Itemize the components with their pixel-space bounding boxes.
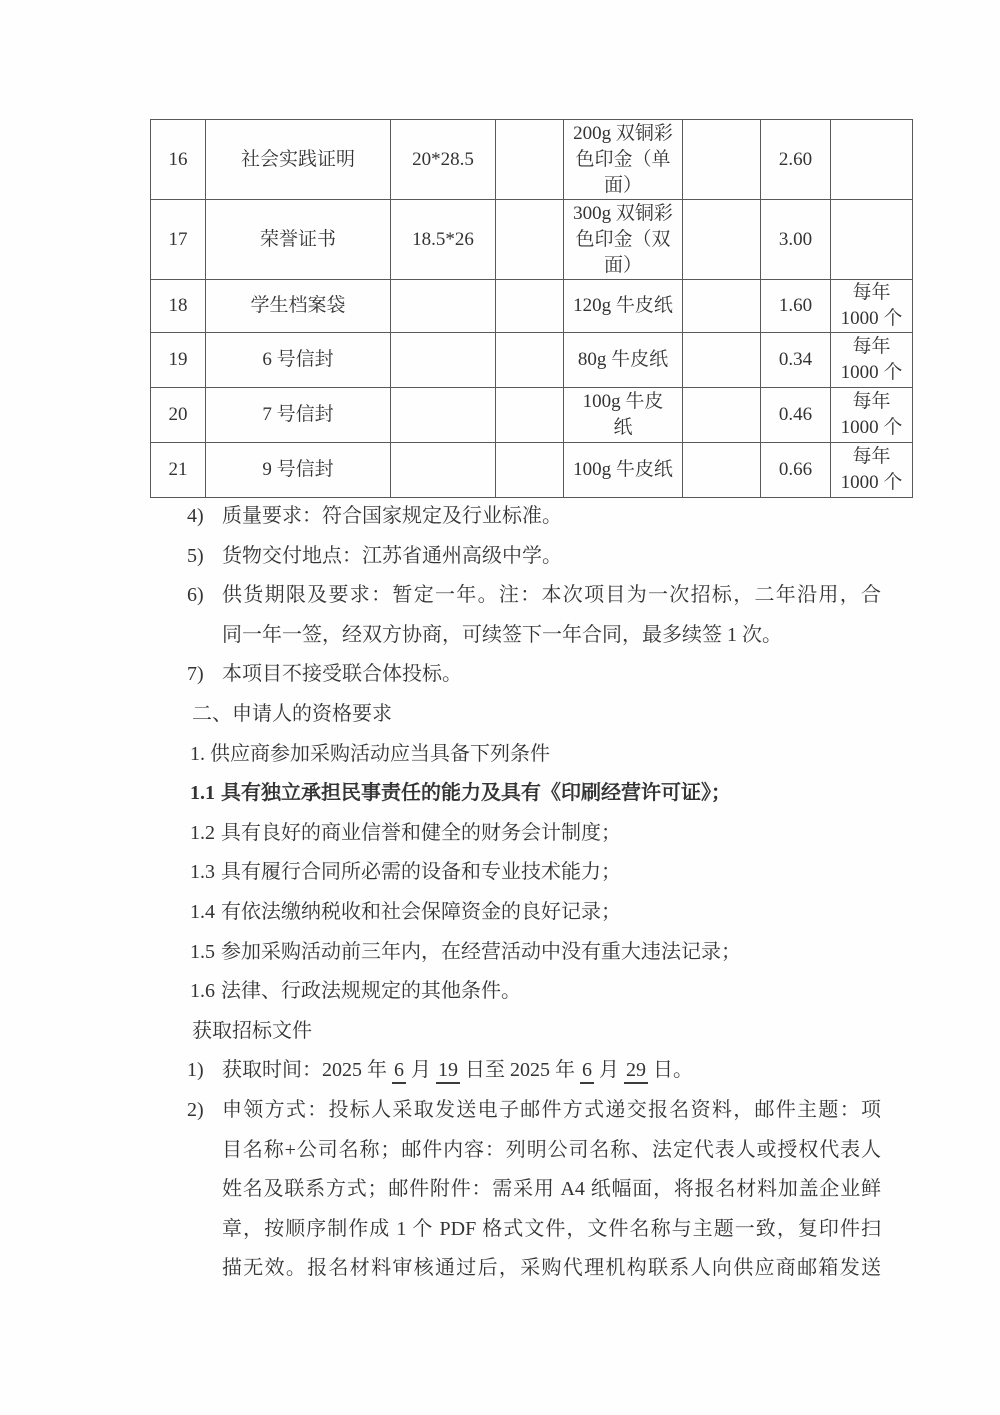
cell-material: 100g 牛皮纸 [564, 443, 683, 498]
cell-price: 0.34 [761, 333, 831, 388]
apply-method-item: 2) 申领方式：投标人采取发送电子邮件方式递交报名资料，邮件主题：项 目名称+公… [0, 1091, 1000, 1289]
cell-spec [391, 443, 496, 498]
table-row: 16 社会实践证明 20*28.5 200g 双铜彩 色印金（单 面） 2.60 [151, 120, 913, 200]
item-text: 质量要求：符合国家规定及行业标准。 [222, 497, 881, 537]
item-number: 6) [187, 576, 204, 616]
cell-material: 300g 双铜彩 色印金（双 面） [564, 200, 683, 280]
cell-qty [496, 200, 564, 280]
qualification-text: 参加采购活动前三年内，在经营活动中没有重大违法记录； [221, 941, 741, 963]
qualification-number: 1.3 [190, 861, 215, 883]
cell-material: 80g 牛皮纸 [564, 333, 683, 388]
item-number: 2) [187, 1091, 204, 1131]
qualification-item: 1.4有依法缴纳税收和社会保障资金的良好记录； [0, 893, 1000, 933]
cell-price: 0.66 [761, 443, 831, 498]
item-text-line: 姓名及联系方式；邮件附件：需采用 A4 纸幅面，将报名材料加盖企业鲜 [222, 1170, 881, 1210]
cell-unit [683, 280, 761, 333]
cell-note: 每年 1000 个 [831, 443, 913, 498]
qualification-text: 具有独立承担民事责任的能力及具有《印刷经营许可证》； [221, 782, 731, 804]
obtain-time-item: 1) 获取时间：2025 年6月19日至 2025 年6月29日。 [0, 1051, 1000, 1091]
cell-note [831, 120, 913, 200]
cell-unit [683, 333, 761, 388]
qualification-number: 1.6 [190, 980, 215, 1002]
cell-no: 16 [151, 120, 206, 200]
cell-no: 18 [151, 280, 206, 333]
item-text-line: 描无效。报名材料审核通过后，采购代理机构联系人向供应商邮箱发送 [222, 1249, 881, 1289]
item-text: 货物交付地点：江苏省通州高级中学。 [222, 537, 881, 577]
item-text-line: 同一年一签，经双方协商，可续签下一年合同，最多续签 1 次。 [222, 616, 881, 656]
section-heading: 二、申请人的资格要求 [0, 695, 1000, 735]
item-number: 4) [187, 497, 204, 537]
cell-unit [683, 443, 761, 498]
date-text: 月 [599, 1059, 619, 1081]
section-subheading: 获取招标文件 [0, 1012, 1000, 1052]
item-text: 本项目不接受联合体投标。 [222, 655, 881, 695]
cell-qty [496, 443, 564, 498]
table-row: 20 7 号信封 100g 牛皮 纸 0.46 每年 1000 个 [151, 388, 913, 443]
cell-name: 7 号信封 [206, 388, 391, 443]
cell-price: 2.60 [761, 120, 831, 200]
date-text: 日至 2025 年 [465, 1059, 575, 1081]
cell-price: 3.00 [761, 200, 831, 280]
cell-material: 200g 双铜彩 色印金（单 面） [564, 120, 683, 200]
cell-qty [496, 388, 564, 443]
cell-material: 120g 牛皮纸 [564, 280, 683, 333]
list-item-6: 6) 供货期限及要求：暂定一年。注：本次项目为一次招标，二年沿用，合 同一年一签… [0, 576, 1000, 655]
cell-name: 学生档案袋 [206, 280, 391, 333]
date-blank-underlined: 6 [580, 1058, 594, 1084]
cell-note: 每年 1000 个 [831, 333, 913, 388]
cell-note [831, 200, 913, 280]
cell-name: 荣誉证书 [206, 200, 391, 280]
qualification-number: 1.4 [190, 901, 215, 923]
item-number: 5) [187, 537, 204, 577]
qualification-item: 1.5参加采购活动前三年内，在经营活动中没有重大违法记录； [0, 933, 1000, 973]
qualification-text: 具有良好的商业信誉和健全的财务会计制度； [221, 822, 621, 844]
qualification-item: 1.6法律、行政法规规定的其他条件。 [0, 972, 1000, 1012]
cell-qty [496, 333, 564, 388]
item-text-line: 供货期限及要求：暂定一年。注：本次项目为一次招标，二年沿用，合 [222, 576, 881, 616]
cell-material: 100g 牛皮 纸 [564, 388, 683, 443]
cell-spec [391, 388, 496, 443]
qualification-number: 1.1 [190, 782, 215, 804]
cell-no: 19 [151, 333, 206, 388]
cell-spec: 18.5*26 [391, 200, 496, 280]
list-item-4: 4) 质量要求：符合国家规定及行业标准。 [0, 497, 1000, 537]
cell-note: 每年 1000 个 [831, 388, 913, 443]
qualification-item: 1.2具有良好的商业信誉和健全的财务会计制度； [0, 814, 1000, 854]
item-text-line: 目名称+公司名称；邮件内容：列明公司名称、法定代表人或授权代表人 [222, 1131, 881, 1171]
item-text-line: 章，按顺序制作成 1 个 PDF 格式文件，文件名称与主题一致，复印件扫 [222, 1210, 881, 1250]
section-intro: 1. 供应商参加采购活动应当具备下列条件 [0, 735, 1000, 775]
date-blank-underlined: 29 [624, 1058, 648, 1084]
date-text: 日。 [653, 1059, 693, 1081]
cell-note: 每年 1000 个 [831, 280, 913, 333]
cell-spec [391, 280, 496, 333]
list-item-5: 5) 货物交付地点：江苏省通州高级中学。 [0, 537, 1000, 577]
cell-name: 社会实践证明 [206, 120, 391, 200]
cell-name: 6 号信封 [206, 333, 391, 388]
cell-price: 1.60 [761, 280, 831, 333]
table-row: 18 学生档案袋 120g 牛皮纸 1.60 每年 1000 个 [151, 280, 913, 333]
document-page: 16 社会实践证明 20*28.5 200g 双铜彩 色印金（单 面） 2.60… [0, 0, 1000, 1415]
qualification-number: 1.2 [190, 822, 215, 844]
qualification-number: 1.5 [190, 941, 215, 963]
cell-name: 9 号信封 [206, 443, 391, 498]
cell-unit [683, 120, 761, 200]
cell-unit [683, 200, 761, 280]
item-number: 1) [187, 1051, 204, 1091]
item-text-line: 申领方式：投标人采取发送电子邮件方式递交报名资料，邮件主题：项 [222, 1091, 881, 1131]
item-number: 7) [187, 655, 204, 695]
table-row: 19 6 号信封 80g 牛皮纸 0.34 每年 1000 个 [151, 333, 913, 388]
qualification-text: 有依法缴纳税收和社会保障资金的良好记录； [221, 901, 621, 923]
cell-spec [391, 333, 496, 388]
cell-spec: 20*28.5 [391, 120, 496, 200]
date-blank-underlined: 6 [392, 1058, 406, 1084]
date-blank-underlined: 19 [436, 1058, 460, 1084]
table-row: 21 9 号信封 100g 牛皮纸 0.66 每年 1000 个 [151, 443, 913, 498]
cell-qty [496, 280, 564, 333]
items-table: 16 社会实践证明 20*28.5 200g 双铜彩 色印金（单 面） 2.60… [150, 119, 913, 498]
cell-qty [496, 120, 564, 200]
body-text: 4) 质量要求：符合国家规定及行业标准。 5) 货物交付地点：江苏省通州高级中学… [0, 497, 1000, 1289]
cell-no: 20 [151, 388, 206, 443]
obtain-time-text: 获取时间：2025 年6月19日至 2025 年6月29日。 [222, 1051, 881, 1091]
cell-unit [683, 388, 761, 443]
cell-no: 17 [151, 200, 206, 280]
list-item-7: 7) 本项目不接受联合体投标。 [0, 655, 1000, 695]
qualification-item: 1.3具有履行合同所必需的设备和专业技术能力； [0, 853, 1000, 893]
cell-no: 21 [151, 443, 206, 498]
date-text: 获取时间：2025 年 [222, 1059, 387, 1081]
qualification-text: 具有履行合同所必需的设备和专业技术能力； [221, 861, 621, 883]
table-row: 17 荣誉证书 18.5*26 300g 双铜彩 色印金（双 面） 3.00 [151, 200, 913, 280]
qualification-item: 1.1具有独立承担民事责任的能力及具有《印刷经营许可证》； [0, 774, 1000, 814]
cell-price: 0.46 [761, 388, 831, 443]
date-text: 月 [411, 1059, 431, 1081]
qualification-text: 法律、行政法规规定的其他条件。 [221, 980, 521, 1002]
